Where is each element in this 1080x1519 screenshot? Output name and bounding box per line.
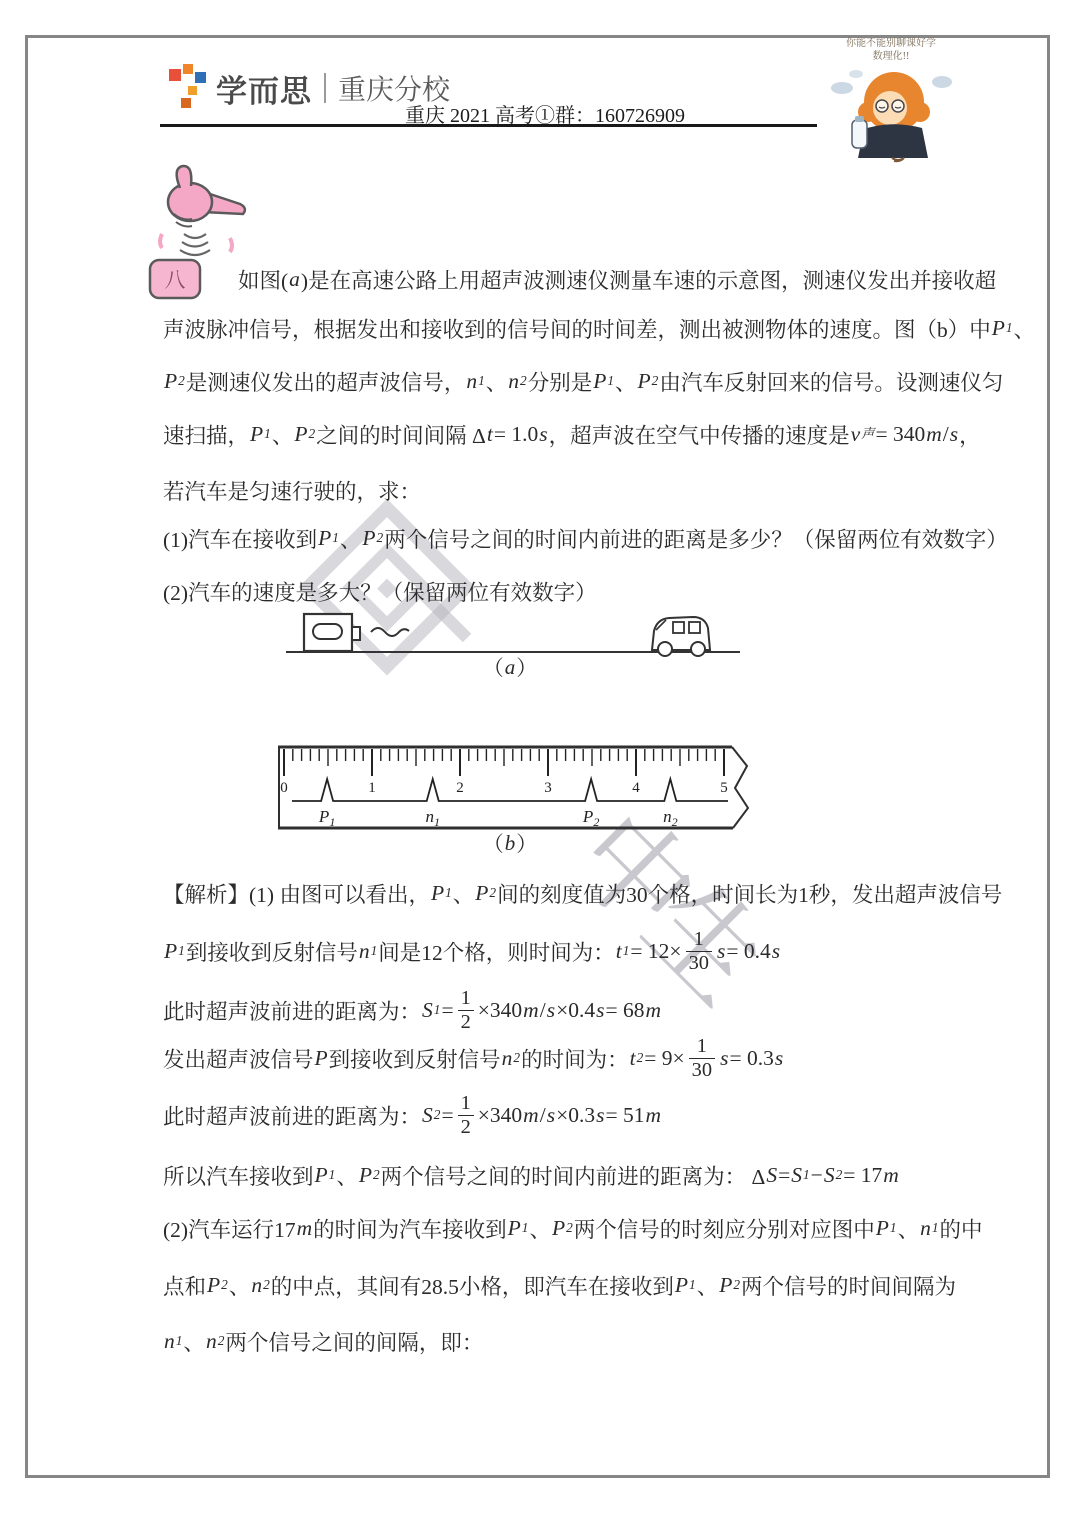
cartoon-caption-line2: 数理化!! (873, 49, 910, 62)
problem-line: P2是测速仪发出的超声波信号，n1、n2分别是P1、P2由汽车反射回来的信号。设… (163, 366, 1003, 396)
cartoon-caption-line1: 你能不能别聊课好学 (846, 36, 936, 49)
svg-text:P1: P1 (318, 807, 335, 829)
svg-text:n1: n1 (425, 807, 440, 829)
solution-line: n1、n2两个信号之间的间隔，即： (163, 1326, 483, 1356)
ruler-generated: 012345P1n1P2n2 (280, 749, 728, 829)
svg-text:5: 5 (720, 780, 728, 796)
teacher-cartoon: 你能不能别聊课好学 数理化!! (822, 32, 960, 164)
xueersi-logo-icon (168, 64, 208, 112)
car-icon (652, 617, 710, 656)
badge-label: 八 (165, 268, 186, 292)
sound-wave-icon (371, 628, 409, 636)
problem-line: 如图(a)是在高速公路上用超声波测速仪测量车速的示意图，测速仪发出并接收超 (238, 264, 996, 294)
solution-line: P1到接收到反射信号n1间是12个格，则时间为： t1 = 12×130s = … (163, 922, 781, 980)
svg-text:1: 1 (368, 780, 376, 796)
solution-line: 发出超声波信号P 到接收到反射信号n2的时间为： t2 = 9×130s = 0… (163, 1029, 784, 1087)
problem-line: 速扫描，P1、P2之间的时间间隔 Δt = 1.0s，超声波在空气中传播的速度是… (163, 419, 981, 449)
svg-text:3: 3 (544, 780, 552, 796)
problem-line: 声波脉冲信号，根据发出和接收到的信号间的时间差，测出被测物体的速度。图（b）中P… (163, 313, 1035, 343)
figure-b-ruler: 012345P1n1P2n2 (276, 744, 756, 836)
worksheet-page: 中 生 学而思 重庆分校 重庆 2021 高考①群：160726909 你能不能… (0, 0, 1080, 1519)
svg-text:P2: P2 (582, 807, 599, 829)
solution-line: 此时超声波前进的距离为： S2 = 12×340m / s×0.3s = 51m (163, 1086, 662, 1144)
figure-b-caption: （b） (465, 829, 555, 857)
problem-line: (2)汽车的速度是多大？（保留两位有效数字） (163, 576, 597, 606)
header-rule (160, 124, 817, 127)
svg-text:n2: n2 (663, 807, 678, 829)
figure-a-caption: （a） (465, 653, 555, 681)
problem-line: (1)汽车在接收到P1、P2两个信号之间的时间内前进的距离是多少？（保留两位有效… (163, 523, 1008, 553)
speed-detector-icon (304, 614, 360, 651)
svg-text:4: 4 (632, 780, 640, 796)
svg-text:0: 0 (280, 780, 288, 796)
torn-edge (732, 747, 748, 828)
solution-line: 点和P2、n2的中点，其间有28.5小格，即汽车在接收到 P1、P2两个信号的时… (163, 1270, 956, 1300)
solution-line: 所以汽车接收到P1、P2两个信号之间的时间内前进的距离为： ΔS = S1 − … (163, 1160, 900, 1190)
svg-text:2: 2 (456, 780, 464, 796)
solution-line: 【解析】(1) 由图可以看出，P1、P2间的刻度值为30个格，时间长为1秒，发出… (163, 878, 1002, 908)
solution-line: (2)汽车运行17m 的时间为汽车接收到P1、P2两个信号的时刻应分别对应图中P… (163, 1213, 983, 1243)
problem-line: 若汽车是匀速行驶的，求： (163, 475, 421, 505)
